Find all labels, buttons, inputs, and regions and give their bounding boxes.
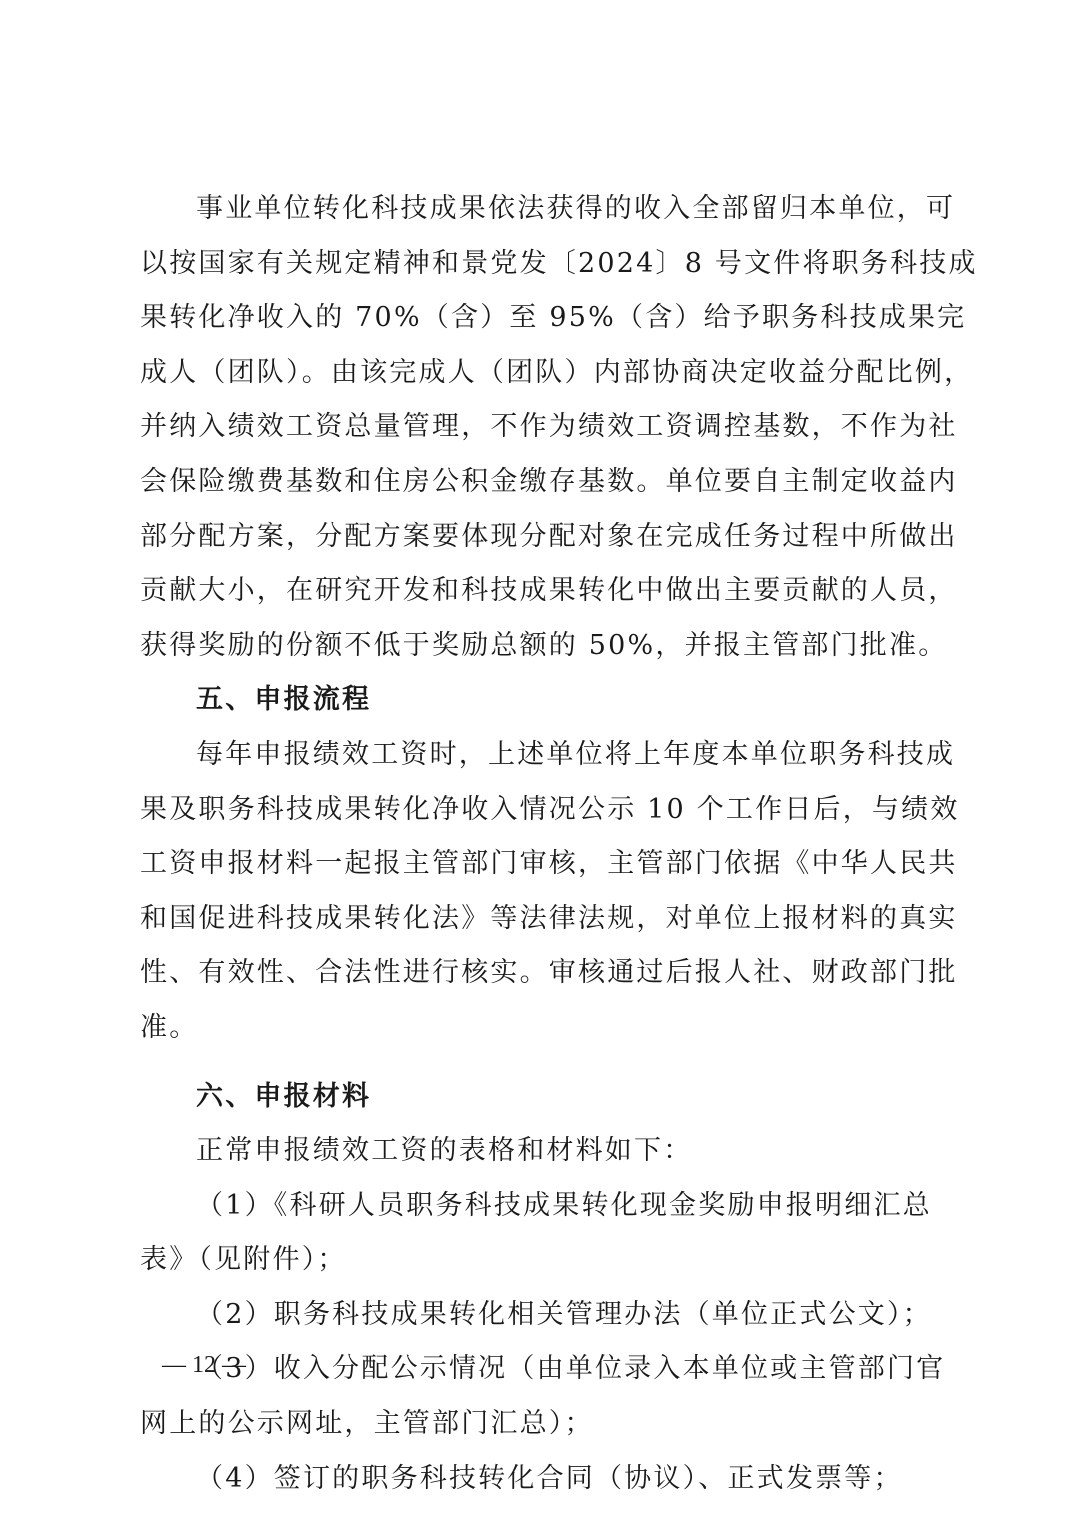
page-number: — 12 — <box>162 1352 246 1379</box>
section-heading-application-materials: 六、申报材料 <box>140 1070 936 1125</box>
text-line: 以按国家有关规定精神和景党发〔2024〕8 号文件将职务科技成 <box>140 237 936 292</box>
text-line: 部分配方案，分配方案要体现分配对象在完成任务过程中所做出 <box>140 510 936 565</box>
text-line: 表》（见附件）； <box>140 1233 936 1288</box>
section-heading-application-process: 五、申报流程 <box>140 673 936 728</box>
text-line: 工资申报材料一起报主管部门审核，主管部门依据《中华人民共 <box>140 837 936 892</box>
text-line: 果及职务科技成果转化净收入情况公示 10 个工作日后，与绩效 <box>140 783 936 838</box>
paragraph-application-process: 每年申报绩效工资时，上述单位将上年度本单位职务科技成 果及职务科技成果转化净收入… <box>140 728 936 1056</box>
text-line: 准。 <box>140 1001 936 1056</box>
materials-intro: 正常申报绩效工资的表格和材料如下： <box>140 1124 936 1179</box>
text-line: 并纳入绩效工资总量管理，不作为绩效工资调控基数，不作为社 <box>140 400 936 455</box>
text-line: （1）《科研人员职务科技成果转化现金奖励申报明细汇总 <box>140 1179 936 1234</box>
list-item: （1）《科研人员职务科技成果转化现金奖励申报明细汇总 表》（见附件）； <box>140 1179 936 1288</box>
text-line: 获得奖励的份额不低于奖励总额的 50%，并报主管部门批准。 <box>140 619 936 674</box>
document-page: 事业单位转化科技成果依法获得的收入全部留归本单位，可 以按国家有关规定精神和景党… <box>0 0 1074 1520</box>
materials-list: （1）《科研人员职务科技成果转化现金奖励申报明细汇总 表》（见附件）； （2）职… <box>140 1179 936 1507</box>
text-line: 会保险缴费基数和住房公积金缴存基数。单位要自主制定收益内 <box>140 455 936 510</box>
list-item: （3）收入分配公示情况（由单位录入本单位或主管部门官 网上的公示网址，主管部门汇… <box>140 1342 936 1451</box>
text-line: 事业单位转化科技成果依法获得的收入全部留归本单位，可 <box>140 182 936 237</box>
text-line: （3）收入分配公示情况（由单位录入本单位或主管部门官 <box>140 1342 936 1397</box>
text-line: 果转化净收入的 70%（含）至 95%（含）给予职务科技成果完 <box>140 291 936 346</box>
text-line: 成人（团队）。由该完成人（团队）内部协商决定收益分配比例， <box>140 346 936 401</box>
text-line: 和国促进科技成果转化法》等法律法规，对单位上报材料的真实 <box>140 892 936 947</box>
text-line: （4）签订的职务科技转化合同（协议）、正式发票等； <box>140 1452 936 1507</box>
text-line: 网上的公示网址，主管部门汇总）； <box>140 1397 936 1452</box>
paragraph-income-distribution: 事业单位转化科技成果依法获得的收入全部留归本单位，可 以按国家有关规定精神和景党… <box>140 182 936 673</box>
text-line: 性、有效性、合法性进行核实。审核通过后报人社、财政部门批 <box>140 946 936 1001</box>
text-line: 贡献大小，在研究开发和科技成果转化中做出主要贡献的人员， <box>140 564 936 619</box>
document-body: 事业单位转化科技成果依法获得的收入全部留归本单位，可 以按国家有关规定精神和景党… <box>140 182 936 1506</box>
list-item: （4）签订的职务科技转化合同（协议）、正式发票等； <box>140 1452 936 1507</box>
text-line: （2）职务科技成果转化相关管理办法（单位正式公文）； <box>140 1288 936 1343</box>
list-item: （2）职务科技成果转化相关管理办法（单位正式公文）； <box>140 1288 936 1343</box>
spacer <box>140 1056 936 1070</box>
text-line: 每年申报绩效工资时，上述单位将上年度本单位职务科技成 <box>140 728 936 783</box>
